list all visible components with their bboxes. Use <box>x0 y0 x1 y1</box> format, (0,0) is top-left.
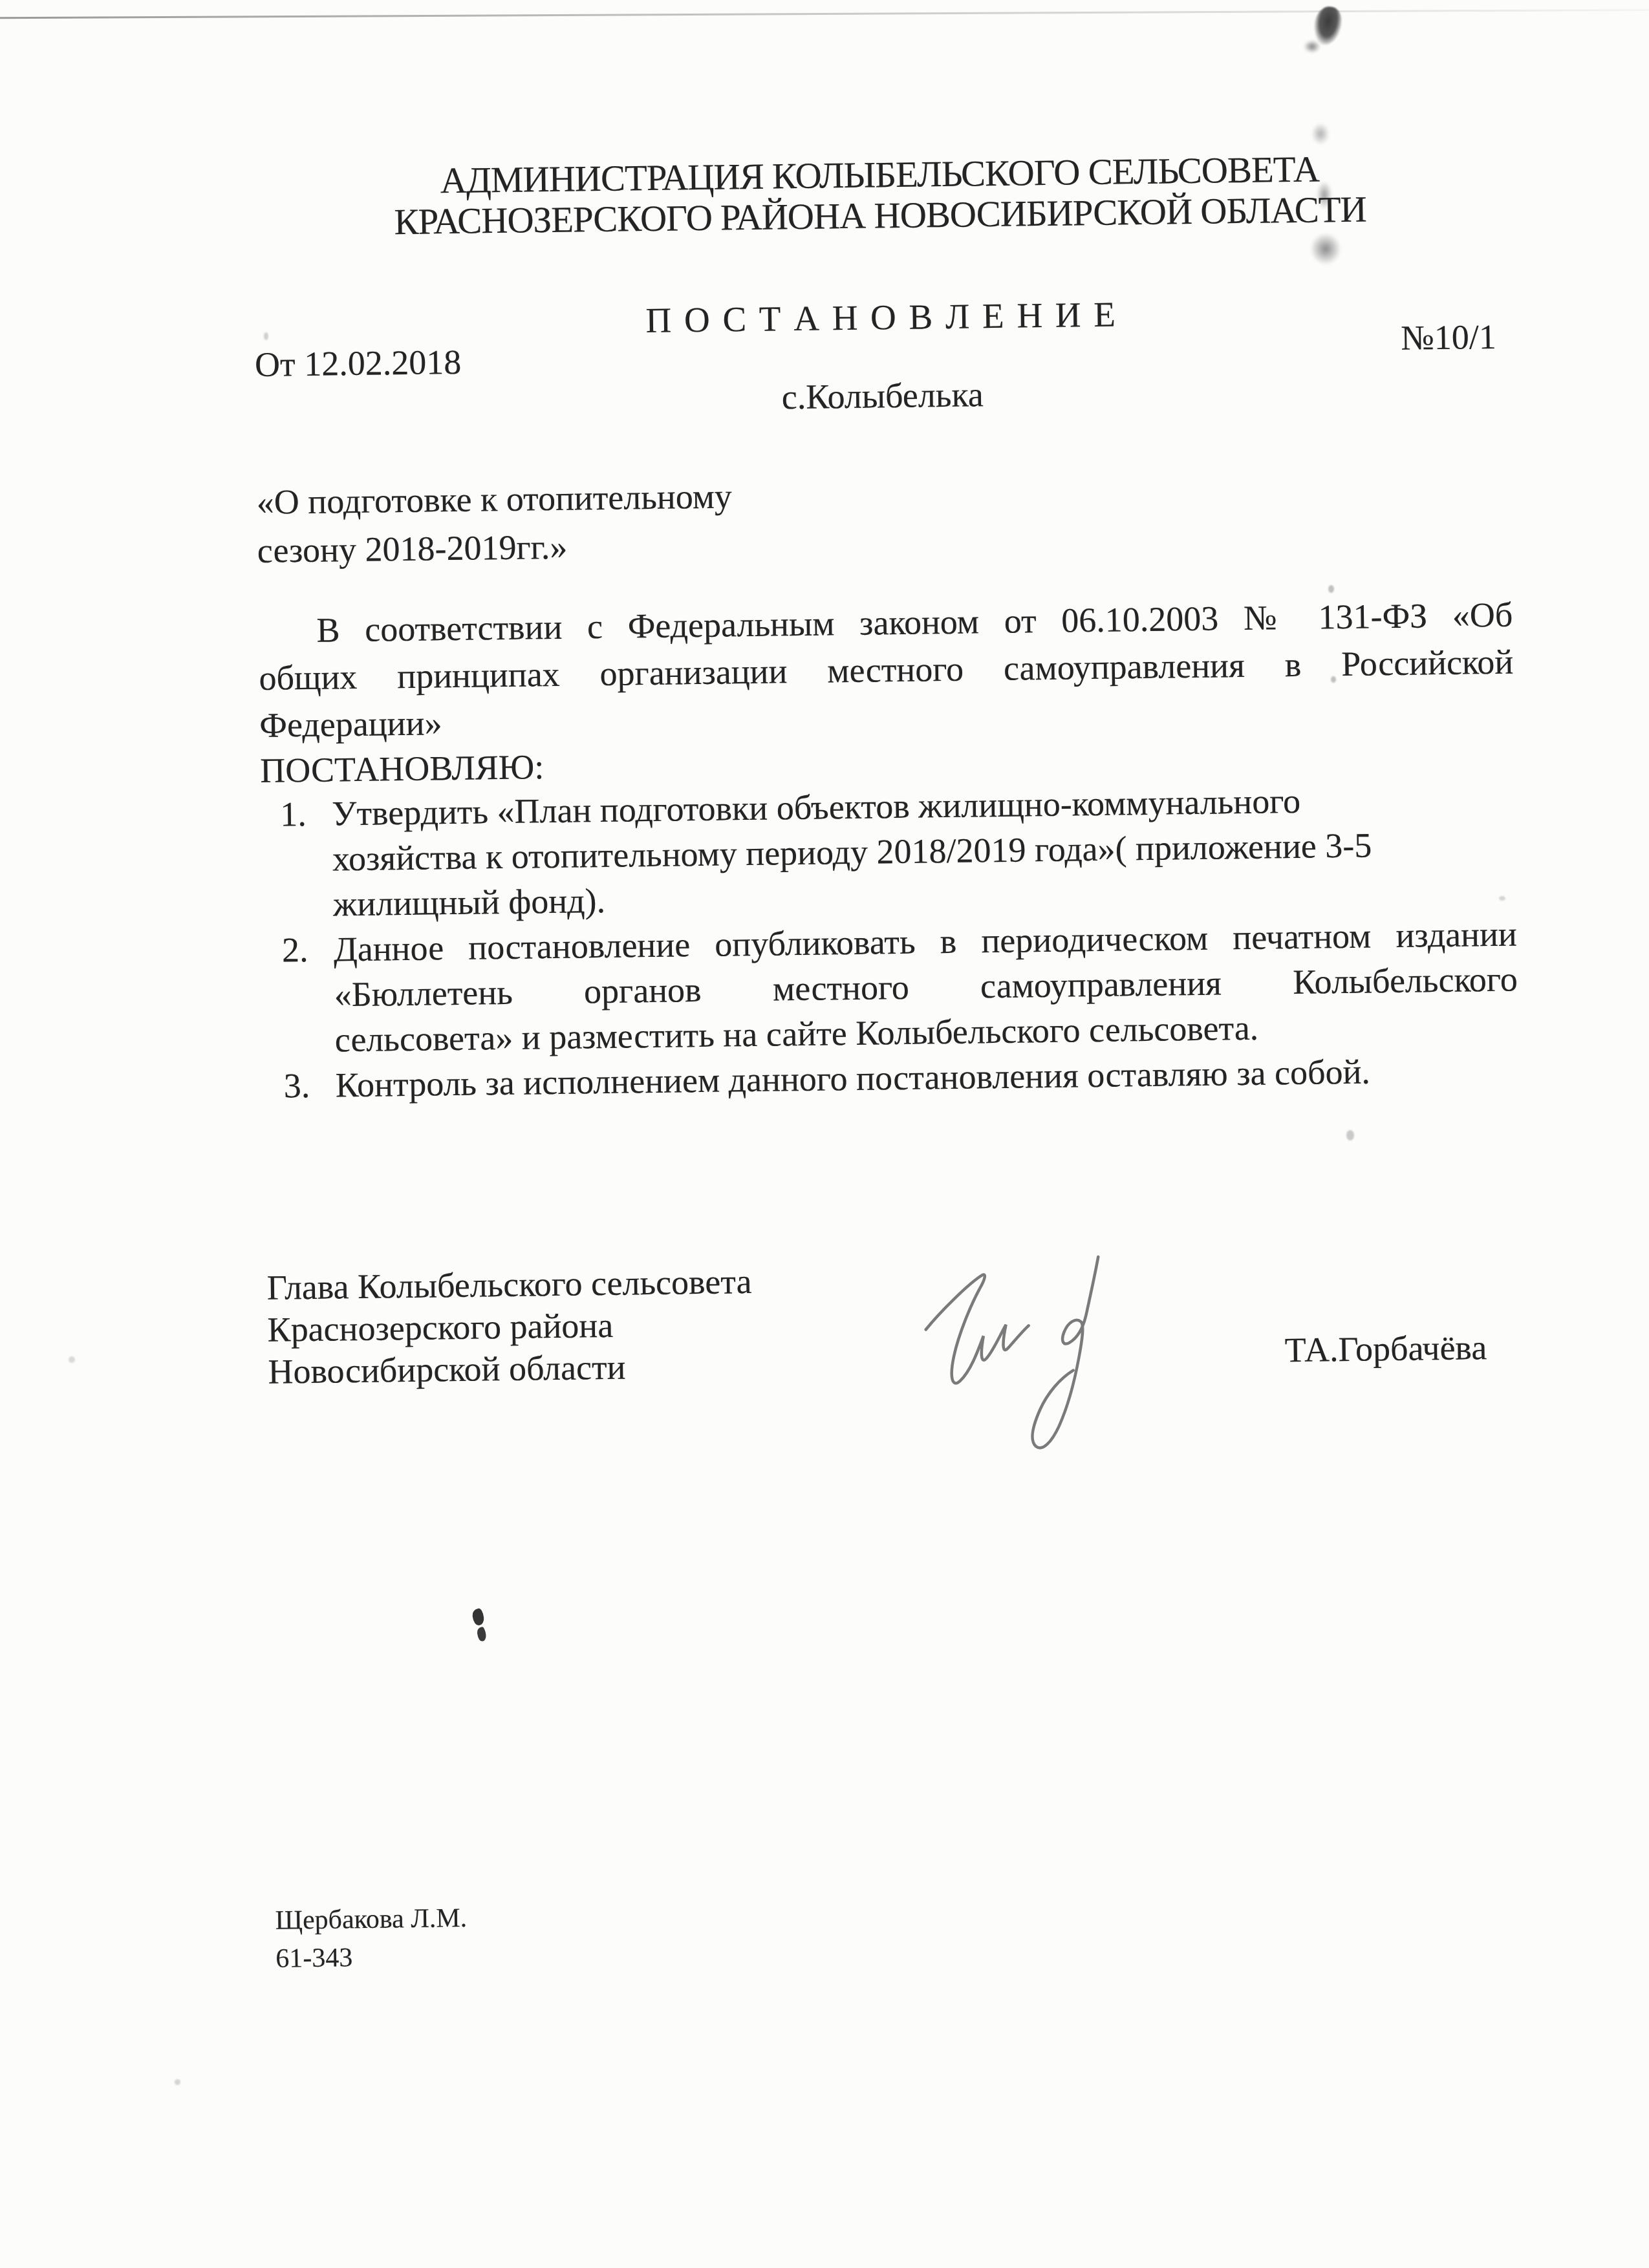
list-item: 2. Данное постановление опубликовать в п… <box>281 912 1518 1064</box>
ink-smudge-top-right-tail <box>1304 40 1320 53</box>
document-subject: «О подготовке к отопительному сезону 201… <box>256 462 1512 575</box>
organization-name: АДМИНИСТРАЦИЯ КОЛЫБЕЛЬСКОГО СЕЛЬСОВЕТА К… <box>252 147 1507 244</box>
scanned-document-page: АДМИНИСТРАЦИЯ КОЛЫБЕЛЬСКОГО СЕЛЬСОВЕТА К… <box>0 0 1649 2268</box>
scan-speck <box>69 1356 75 1363</box>
document-content: АДМИНИСТРАЦИЯ КОЛЫБЕЛЬСКОГО СЕЛЬСОВЕТА К… <box>252 147 1531 1978</box>
document-date: От 12.02.2018 <box>255 343 462 384</box>
executor-info: Щербакова Л.М. 61-343 <box>275 1885 1530 1978</box>
document-number: №10/1 <box>1401 317 1496 358</box>
list-item-text: Данное постановление опубликовать в пери… <box>333 912 1518 1063</box>
resolution-items: 1. Утвердить «План подготовки объектов ж… <box>280 776 1519 1109</box>
signer-name: ТА.Горбачёва <box>1284 1327 1487 1370</box>
list-item-number: 3. <box>283 1062 336 1108</box>
scan-edge-line-artifact <box>0 9 1649 19</box>
signer-position: Глава Колыбельского сельсовета Краснозер… <box>266 1250 1522 1393</box>
list-item: 1. Утвердить «План подготовки объектов ж… <box>280 776 1517 928</box>
scan-speck <box>175 2079 180 2085</box>
handwritten-signature <box>913 1246 1123 1462</box>
list-item-number: 1. <box>280 791 334 927</box>
signature-block: Глава Колыбельского сельсовета Краснозер… <box>266 1250 1522 1396</box>
list-item-text: Утвердить «План подготовки объектов жили… <box>332 776 1517 927</box>
ink-smudge-top-right <box>1311 5 1344 47</box>
scan-smudge <box>1311 123 1330 145</box>
list-item-number: 2. <box>281 926 335 1063</box>
preamble-paragraph: В соответствии с Федеральным законом от … <box>258 592 1514 749</box>
